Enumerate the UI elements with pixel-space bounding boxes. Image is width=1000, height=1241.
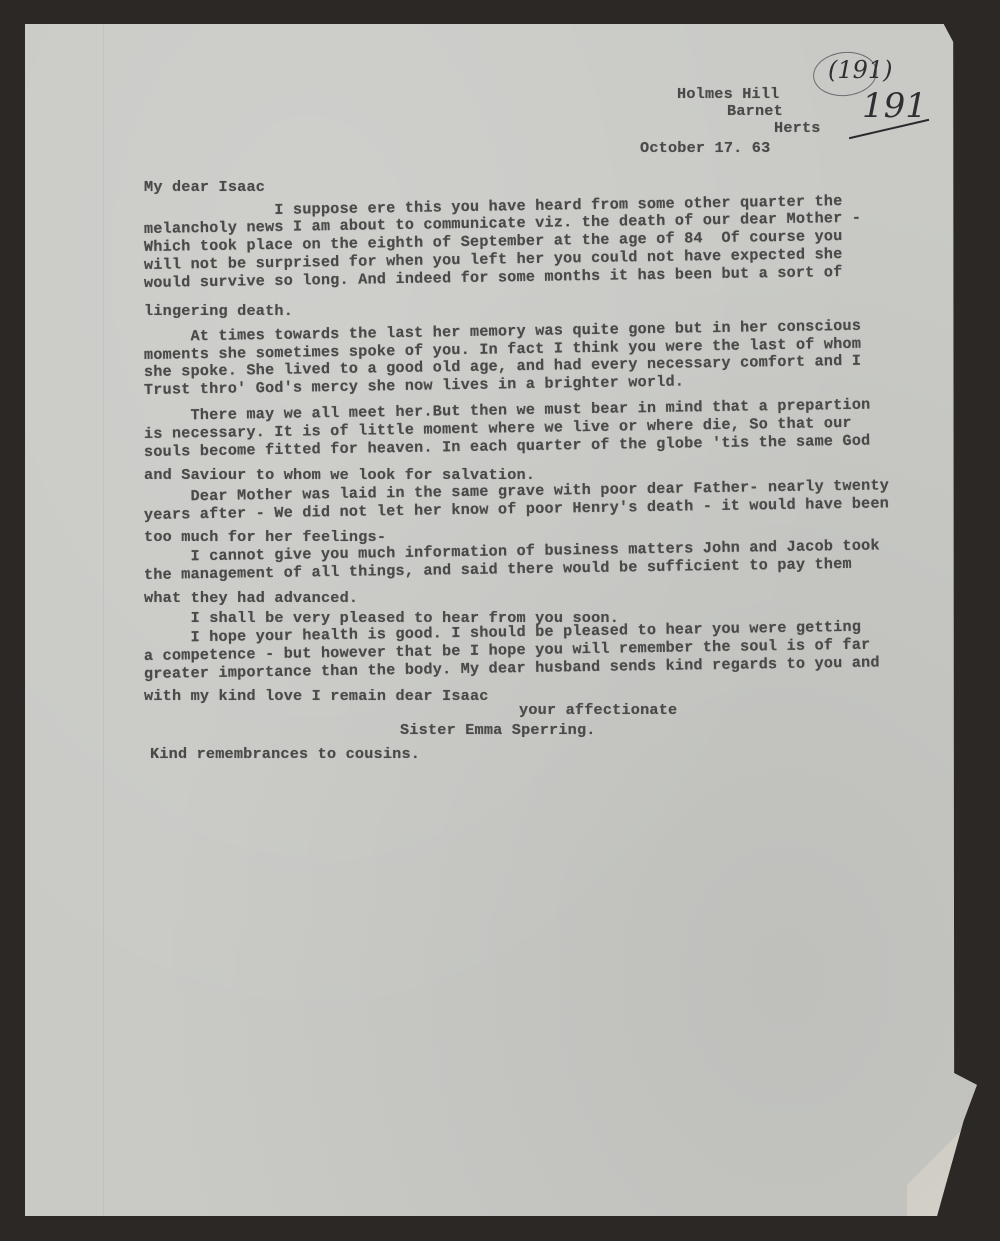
postscript: Kind remembrances to cousins. — [150, 746, 420, 763]
letter-date: October 17. 63 — [640, 140, 770, 157]
body-line: with my kind love I remain dear Isaac — [144, 688, 489, 705]
body-line: lingering death. — [144, 303, 293, 320]
paper-fold-line — [103, 24, 105, 1216]
salutation: My dear Isaac — [144, 179, 265, 196]
address-line-1: Holmes Hill — [677, 86, 779, 103]
body-line: what they had advanced. — [144, 590, 358, 607]
body-line: and Saviour to whom we look for salvatio… — [144, 467, 535, 484]
closing: your affectionate — [519, 702, 677, 719]
archive-number-handwritten: 191 — [862, 86, 927, 126]
signature: Sister Emma Sperring. — [400, 722, 596, 739]
address-line-3: Herts — [774, 120, 821, 137]
address-line-2: Barnet — [727, 103, 783, 120]
archive-number-circled: (191) — [828, 56, 893, 84]
body-line: too much for her feelings- — [144, 529, 386, 546]
folded-corner — [907, 1116, 977, 1216]
